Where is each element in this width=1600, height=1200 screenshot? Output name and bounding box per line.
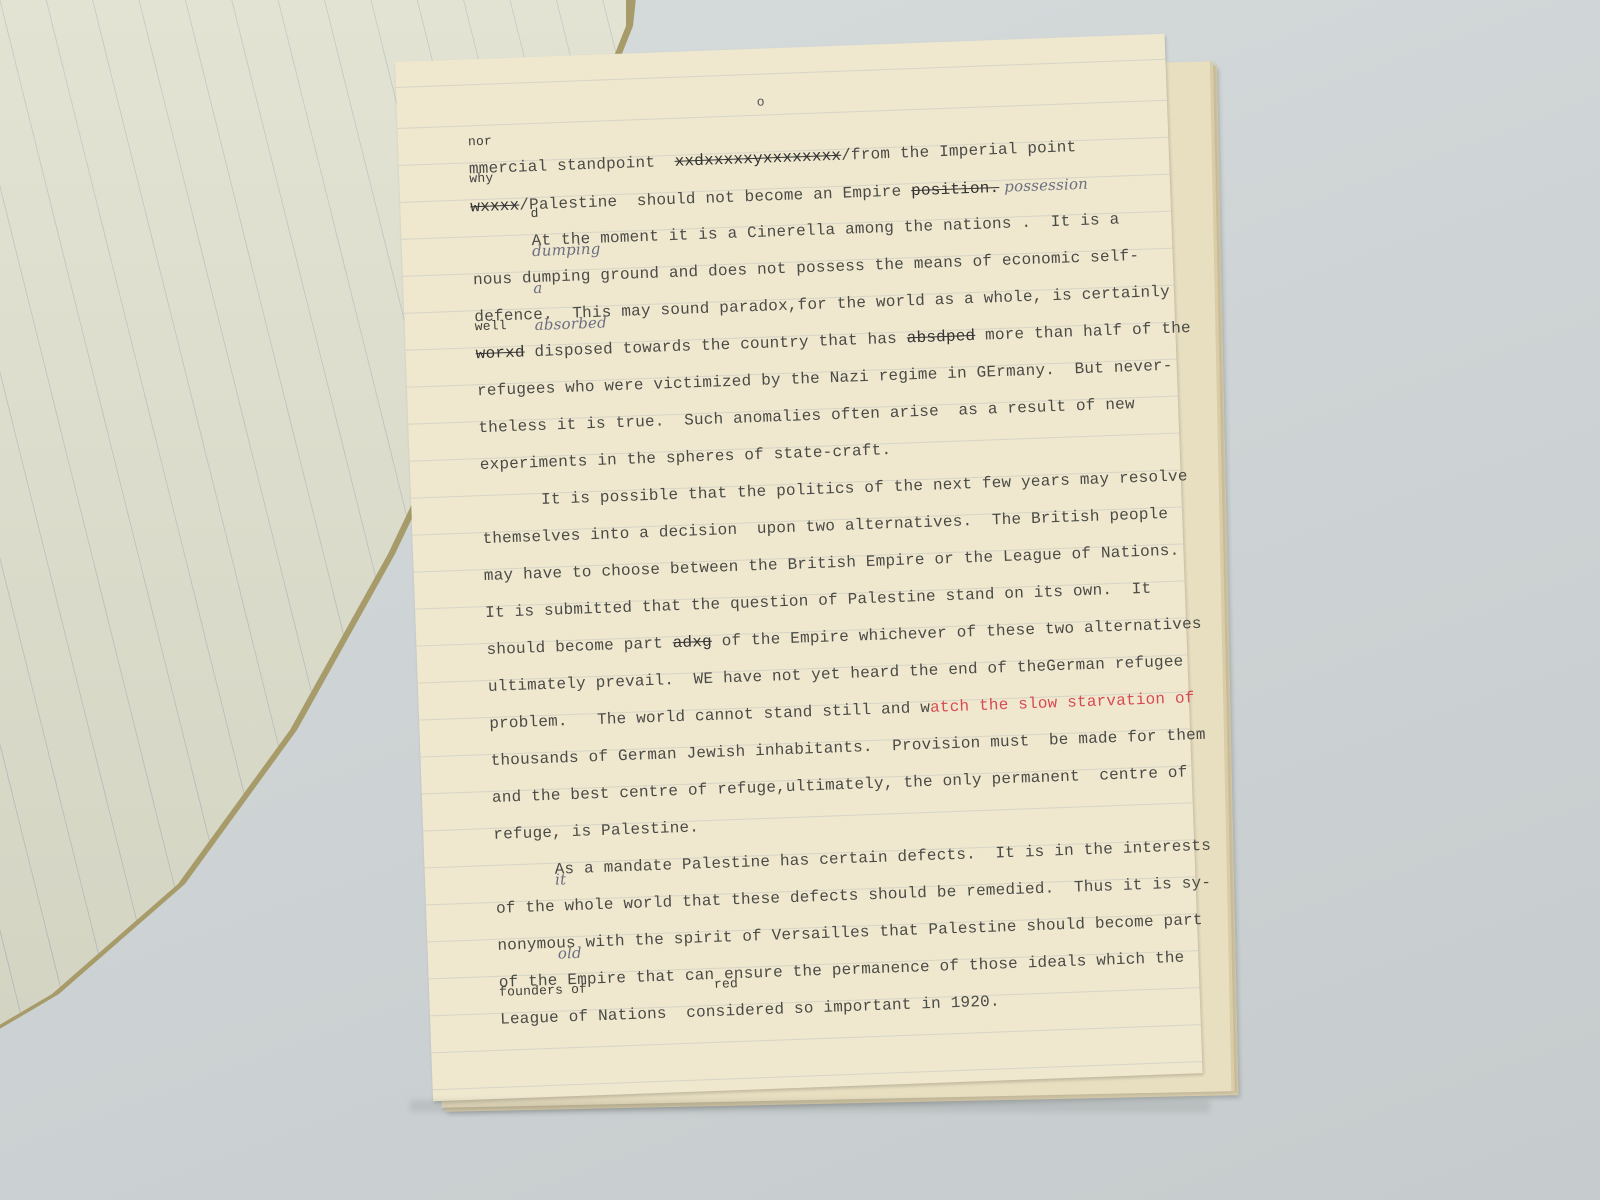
line-text: problem. The world cannot stand still an…	[489, 699, 930, 733]
typed-text-block: normmercial standpoint xxdxxxxxyxxxxxxxx…	[468, 126, 1200, 1039]
interlinear-typed-correction: d	[530, 207, 539, 221]
struck-text: xxdxxxxxyxxxxxxxx	[674, 147, 841, 171]
page-marker: o	[756, 94, 764, 109]
line-text: /Palestine should not become an Empire	[519, 182, 911, 214]
typewritten-page: o normmercial standpoint xxdxxxxxyxxxxxx…	[395, 34, 1203, 1102]
handwritten-correction: absorbed	[534, 315, 607, 332]
struck-text: wxxxx	[470, 197, 520, 217]
struck-text: position.	[911, 179, 1000, 200]
line-text: experiments in the spheres of state-craf…	[480, 441, 892, 474]
struck-text: worxd	[475, 343, 525, 363]
struck-text: adxg	[672, 633, 712, 652]
interlinear-typed-correction: nor	[468, 135, 493, 150]
red-highlighted-text: atch the slow starvation of	[930, 689, 1195, 717]
handwritten-correction: it	[555, 872, 567, 886]
handwritten-correction: dumping	[532, 242, 601, 259]
interlinear-typed-correction: why	[469, 171, 494, 186]
interlinear-typed-correction: well	[475, 319, 508, 334]
line-text: /from the Imperial point	[841, 138, 1077, 165]
page-shadow	[410, 1100, 1210, 1112]
line-text: should become part	[486, 634, 673, 659]
struck-text: absdped	[906, 327, 975, 348]
handwritten-correction: a	[533, 281, 543, 295]
line-text: mmercial standpoint	[469, 153, 675, 179]
line-text: refuge, is Palestine.	[493, 818, 699, 844]
handwritten-correction: possession	[999, 175, 1088, 196]
handwritten-correction: old	[558, 946, 583, 961]
photo-scene: o normmercial standpoint xxdxxxxxyxxxxxx…	[0, 0, 1600, 1200]
interlinear-typed-correction: red	[714, 977, 739, 992]
line-text: disposed towards the country that has	[524, 329, 907, 361]
line-text: more than half of the	[975, 319, 1191, 345]
